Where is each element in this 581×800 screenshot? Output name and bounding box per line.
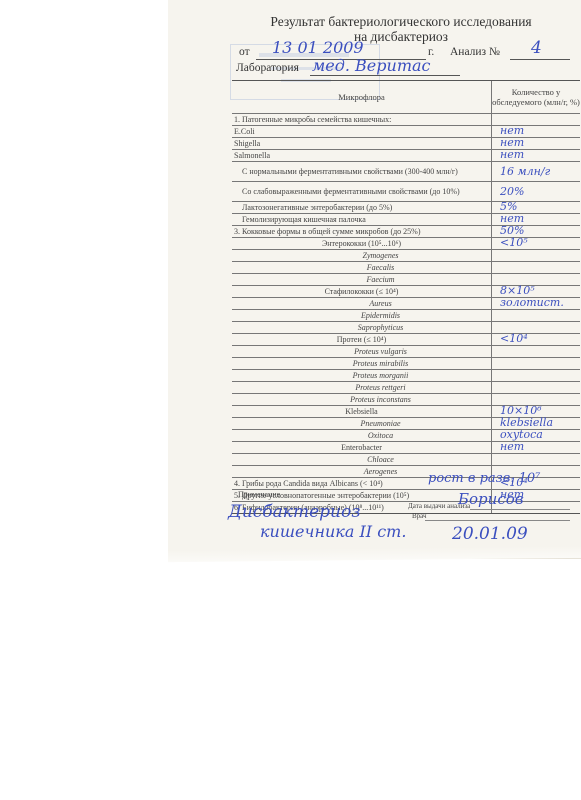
quantity-cell [492, 382, 581, 394]
microflora-table: Микрофлора Количество у обследуемого (мл… [232, 80, 580, 514]
issue-date-value: 20.01.09 [452, 524, 528, 544]
table-row: Aureusзолотист. [232, 298, 580, 310]
table-row: Гемолизирующая кишечная палочканет [232, 214, 580, 226]
bifido-note: рост в разв. 10⁷ [428, 471, 540, 486]
title-line-1: Результат бактериологического исследован… [236, 14, 566, 29]
microflora-name: Лактозонегативные энтеробактерии (до 5%) [232, 202, 492, 214]
table-header-row: Микрофлора Количество у обследуемого (мл… [232, 81, 580, 114]
microflora-name: Zymogenes [232, 250, 492, 262]
table-row: Enterobacterнет [232, 442, 580, 454]
remarks-label: Примечание [238, 490, 280, 499]
handwritten-value: золотист. [492, 296, 564, 309]
microflora-name: Протеи (≤ 10⁴) [232, 334, 492, 346]
table-row: Со слабовыраженными ферментативными свой… [232, 182, 580, 202]
quantity-cell [492, 454, 581, 466]
column-header-microflora: Микрофлора [232, 81, 492, 114]
date-value: 13 01 2009 [272, 38, 364, 57]
quantity-cell [492, 250, 581, 262]
microflora-name: Klebsiella [232, 406, 492, 418]
table-row: Salmonellaнет [232, 150, 580, 162]
doctor-signature: Борисов [458, 490, 523, 508]
lab-label: Лаборатория [236, 62, 299, 74]
quantity-cell: <10⁴ [492, 334, 581, 346]
microflora-name: Со слабовыраженными ферментативными свой… [232, 182, 492, 202]
microflora-name: Aureus [232, 298, 492, 310]
analysis-label: Анализ № [450, 46, 500, 58]
microflora-name: Faecium [232, 274, 492, 286]
microflora-name: 3. Кокковые формы в общей сумме микробов… [232, 226, 492, 238]
analysis-underline [510, 59, 570, 60]
table-row: Faecalis [232, 262, 580, 274]
microflora-name: Proteus rettgeri [232, 382, 492, 394]
microflora-name: Chloace [232, 454, 492, 466]
microflora-name: Faecalis [232, 262, 492, 274]
conclusion-line-1: Дисбактериоз [228, 502, 360, 522]
quantity-cell: <10⁵ [492, 238, 581, 250]
table-row: Oxitocaoxytoca [232, 430, 580, 442]
microflora-name: E.Coli [232, 126, 492, 138]
issue-date-underline [470, 509, 570, 510]
quantity-cell: нет [492, 150, 581, 162]
microflora-name: Proteus inconstans [232, 394, 492, 406]
quantity-cell: золотист. [492, 298, 581, 310]
quantity-cell [492, 370, 581, 382]
table-row: E.Coliнет [232, 126, 580, 138]
conclusion-line-2: кишечника II ст. [260, 522, 406, 541]
table-row: Shigellaнет [232, 138, 580, 150]
table-row: Лактозонегативные энтеробактерии (до 5%)… [232, 202, 580, 214]
microflora-name: Enterobacter [232, 442, 492, 454]
table-row: 1. Патогенные микробы семейства кишечных… [232, 114, 580, 126]
doctor-underline [425, 520, 570, 521]
table-row: Proteus rettgeri [232, 382, 580, 394]
table-row: Протеи (≤ 10⁴)<10⁴ [232, 334, 580, 346]
handwritten-value: 20% [492, 185, 524, 198]
quantity-cell [492, 358, 581, 370]
microflora-name: Proteus vulgaris [232, 346, 492, 358]
microflora-name: Proteus morganii [232, 370, 492, 382]
table-row: Chloace [232, 454, 580, 466]
table-row: Proteus morganii [232, 370, 580, 382]
microflora-name: Стафилококки (≤ 10⁴) [232, 286, 492, 298]
handwritten-value: 16 млн/г [492, 165, 550, 178]
microflora-name: Гемолизирующая кишечная палочка [232, 214, 492, 226]
microflora-name: Oxitoca [232, 430, 492, 442]
quantity-cell: 16 млн/г [492, 162, 581, 182]
table-row: С нормальными ферментативными свойствами… [232, 162, 580, 182]
handwritten-value: нет [492, 148, 524, 161]
microflora-name: 1. Патогенные микробы семейства кишечных… [232, 114, 492, 126]
table-row: Epidermidis [232, 310, 580, 322]
microflora-name: Saprophyticus [232, 322, 492, 334]
quantity-cell [492, 346, 581, 358]
quantity-cell: 20% [492, 182, 581, 202]
quantity-cell: нет [492, 442, 581, 454]
microflora-name: С нормальными ферментативными свойствами… [232, 162, 492, 182]
table-row: Zymogenes [232, 250, 580, 262]
microflora-name: Epidermidis [232, 310, 492, 322]
doctor-label: Врач [412, 512, 427, 520]
analysis-number: 4 [531, 38, 542, 58]
column-header-quantity: Количество у обследуемого (млн/г, %) [492, 81, 581, 114]
microflora-name: Энтерококки (10⁵...10⁶) [232, 238, 492, 250]
microflora-name: Pneumoniae [232, 418, 492, 430]
microflora-name: Proteus mirabilis [232, 358, 492, 370]
microflora-name: Shigella [232, 138, 492, 150]
quantity-cell [492, 262, 581, 274]
quantity-cell [492, 310, 581, 322]
lab-value: мед. Веритас [312, 56, 431, 75]
lab-underline [310, 75, 460, 76]
table-row: Proteus mirabilis [232, 358, 580, 370]
table-row: Proteus vulgaris [232, 346, 580, 358]
table-row: Энтерококки (10⁵...10⁶)<10⁵ [232, 238, 580, 250]
microflora-name: Salmonella [232, 150, 492, 162]
date-label: от [239, 46, 250, 58]
table-row: 5. Другие условнопатогенные энтеробактер… [232, 490, 580, 502]
